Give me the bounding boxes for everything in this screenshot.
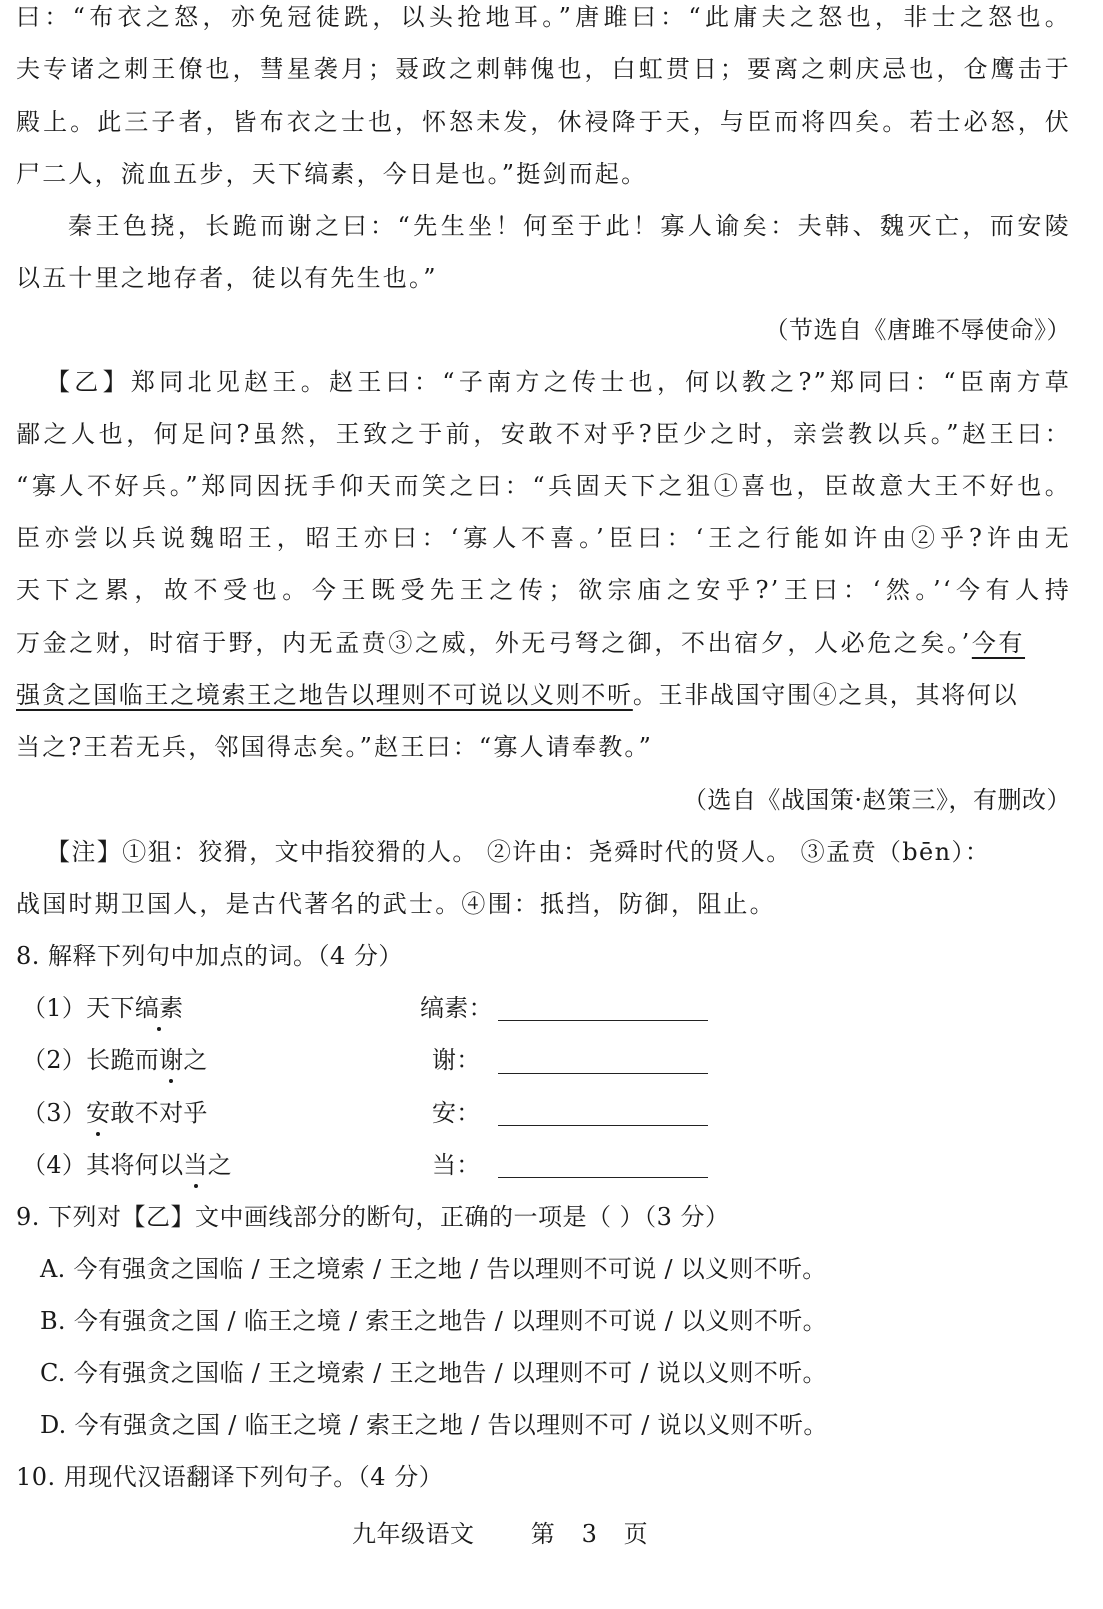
passage-yi-line: “寡人不好兵。”郑同因抚手仰天而笑之曰：“兵固天下之狙①喜也，臣故意大王不好也。 [16,471,1071,501]
dotted-word: 当 [183,1150,207,1180]
passage-jia-source: （节选自《唐雎不辱使命》） [16,315,1071,345]
passage-yi-line: 【乙】郑同北见赵王。赵王曰：“子南方之传士也，何以教之?”郑同曰：“臣南方草 [46,367,1071,397]
answer-blank[interactable] [498,1125,708,1126]
dotted-word: 谢 [159,1045,183,1075]
page-footer: 九年级语文 第 3 页 [352,1519,648,1549]
q9-option-b[interactable]: B. 今有强贪之国 / 临王之境 / 索王之地告 / 以理则不可说 / 以义则不… [40,1306,827,1336]
footer-page-suffix: 页 [624,1520,649,1548]
underlined-sentence-start: 今有 [972,629,1025,657]
passage-yi-line: 万金之财，时宿于野，内无孟贲③之威，外无弓弩之御，不出宿夕，人必危之矣。’今有 [16,628,1071,658]
underlined-sentence: 强贪之国临王之境索王之地告以理则不可说以义则不听 [16,681,633,709]
q8-item: （2）长跪而谢之 [22,1045,208,1075]
q9-option-a[interactable]: A. 今有强贪之国临 / 王之境索 / 王之地 / 告以理则不可说 / 以义则不… [40,1254,827,1284]
passage-jia-line: 殿上。此三子者，皆布衣之士也，怀怒未发，休祲降于天，与臣而将四矣。若士必怒，伏 [16,107,1071,137]
passage-jia-line: 尸二人，流血五步，天下缟素，今日是也。”挺剑而起。 [16,159,1071,189]
passage-yi-line: 天下之累，故不受也。今王既受先王之传；欲宗庙之安乎?’王曰：‘然。’‘今有人持 [16,575,1071,605]
passage-jia-line: 夫专诸之刺王僚也，彗星袭月；聂政之刺韩傀也，白虹贯日；要离之刺庆忌也，仓鹰击于 [16,54,1071,84]
q8-item: （3）安敢不对乎 [22,1098,208,1128]
q8-label: 缟素： [420,993,493,1023]
option-text: 今有强贪之国 / 临王之境 / 索王之地告 / 以理则不可说 / 以义则不听。 [74,1307,827,1335]
answer-blank[interactable] [498,1073,708,1074]
q8-label: 谢： [432,1045,481,1075]
question-8-title: 8. 解释下列句中加点的词。（4 分） [16,941,1071,971]
answer-blank[interactable] [498,1177,708,1178]
dotted-word: 安 [86,1098,110,1128]
footer-page-prefix: 第 [531,1520,556,1548]
q9-option-d[interactable]: D. 今有强贪之国 / 临王之境 / 索王之地 / 告以理则不可 / 说以义则不… [40,1410,828,1440]
q9-option-c[interactable]: C. 今有强贪之国临 / 王之境索 / 王之地告 / 以理则不可 / 说以义则不… [40,1358,827,1388]
passage-yi-line: 强贪之国临王之境索王之地告以理则不可说以义则不听。王非战国守围④之具，其将何以 [16,680,1071,710]
footer-page-number: 3 [582,1520,598,1548]
passage-jia-line: 秦王色挠，长跪而谢之曰：“先生坐！何至于此！寡人谕矣：夫韩、魏灭亡，而安陵 [68,211,1071,241]
notes-line: 战国时期卫国人，是古代著名的武士。④围：抵挡，防御，阻止。 [16,889,1071,919]
q8-label: 当： [432,1150,481,1180]
passage-yi-line: 当之?王若无兵，邻国得志矣。”赵王曰：“寡人请奉教。” [16,732,1071,762]
option-letter: B. [40,1307,66,1335]
passage-yi-source: （选自《战国策·赵策三》，有删改） [16,785,1071,815]
passage-yi-text: 。王非战国守围④之具，其将何以 [633,681,1019,709]
option-text: 今有强贪之国 / 临王之境 / 索王之地 / 告以理则不可 / 说以义则不听。 [75,1411,828,1439]
notes-line: 【注】①狙：狡猾，文中指狡猾的人。 ②许由：尧舜时代的贤人。 ③孟贲（bēn）： [46,837,1071,867]
option-letter: D. [40,1411,67,1439]
passage-jia-line: 曰：“布衣之怒，亦免冠徒跣，以头抢地耳。”唐雎曰：“此庸夫之怒也，非士之怒也。 [16,2,1071,32]
exam-page: 曰：“布衣之怒，亦免冠徒跣，以头抢地耳。”唐雎曰：“此庸夫之怒也，非士之怒也。 … [0,0,1103,1609]
dotted-word: 缟素 [135,993,184,1023]
option-text: 今有强贪之国临 / 王之境索 / 王之地告 / 以理则不可 / 说以义则不听。 [74,1359,827,1387]
option-letter: C. [40,1359,66,1387]
passage-jia-line: 以五十里之地存者，徒以有先生也。” [16,263,1071,293]
passage-yi-line: 臣亦尝以兵说魏昭王，昭王亦曰：‘寡人不喜。’臣曰：‘王之行能如许由②乎?许由无 [16,523,1071,553]
option-letter: A. [40,1255,66,1283]
question-10-title: 10. 用现代汉语翻译下列句子。（4 分） [16,1462,1071,1492]
q8-item: （1）天下缟素 [22,993,183,1023]
q8-label: 安： [432,1098,481,1128]
question-9-title: 9. 下列对【乙】文中画线部分的断句，正确的一项是（ ）（3 分） [16,1202,1071,1232]
option-text: 今有强贪之国临 / 王之境索 / 王之地 / 告以理则不可说 / 以义则不听。 [74,1255,827,1283]
footer-subject: 九年级语文 [352,1520,475,1548]
passage-yi-text: 万金之财，时宿于野，内无孟贲③之威，外无弓弩之御，不出宿夕，人必危之矣。’ [16,629,972,657]
passage-yi-line: 鄙之人也，何足问?虽然，王致之于前，安敢不对乎?臣少之时，亲尝教以兵。”赵王曰： [16,419,1071,449]
answer-blank[interactable] [498,1020,708,1021]
q8-item: （4）其将何以当之 [22,1150,232,1180]
